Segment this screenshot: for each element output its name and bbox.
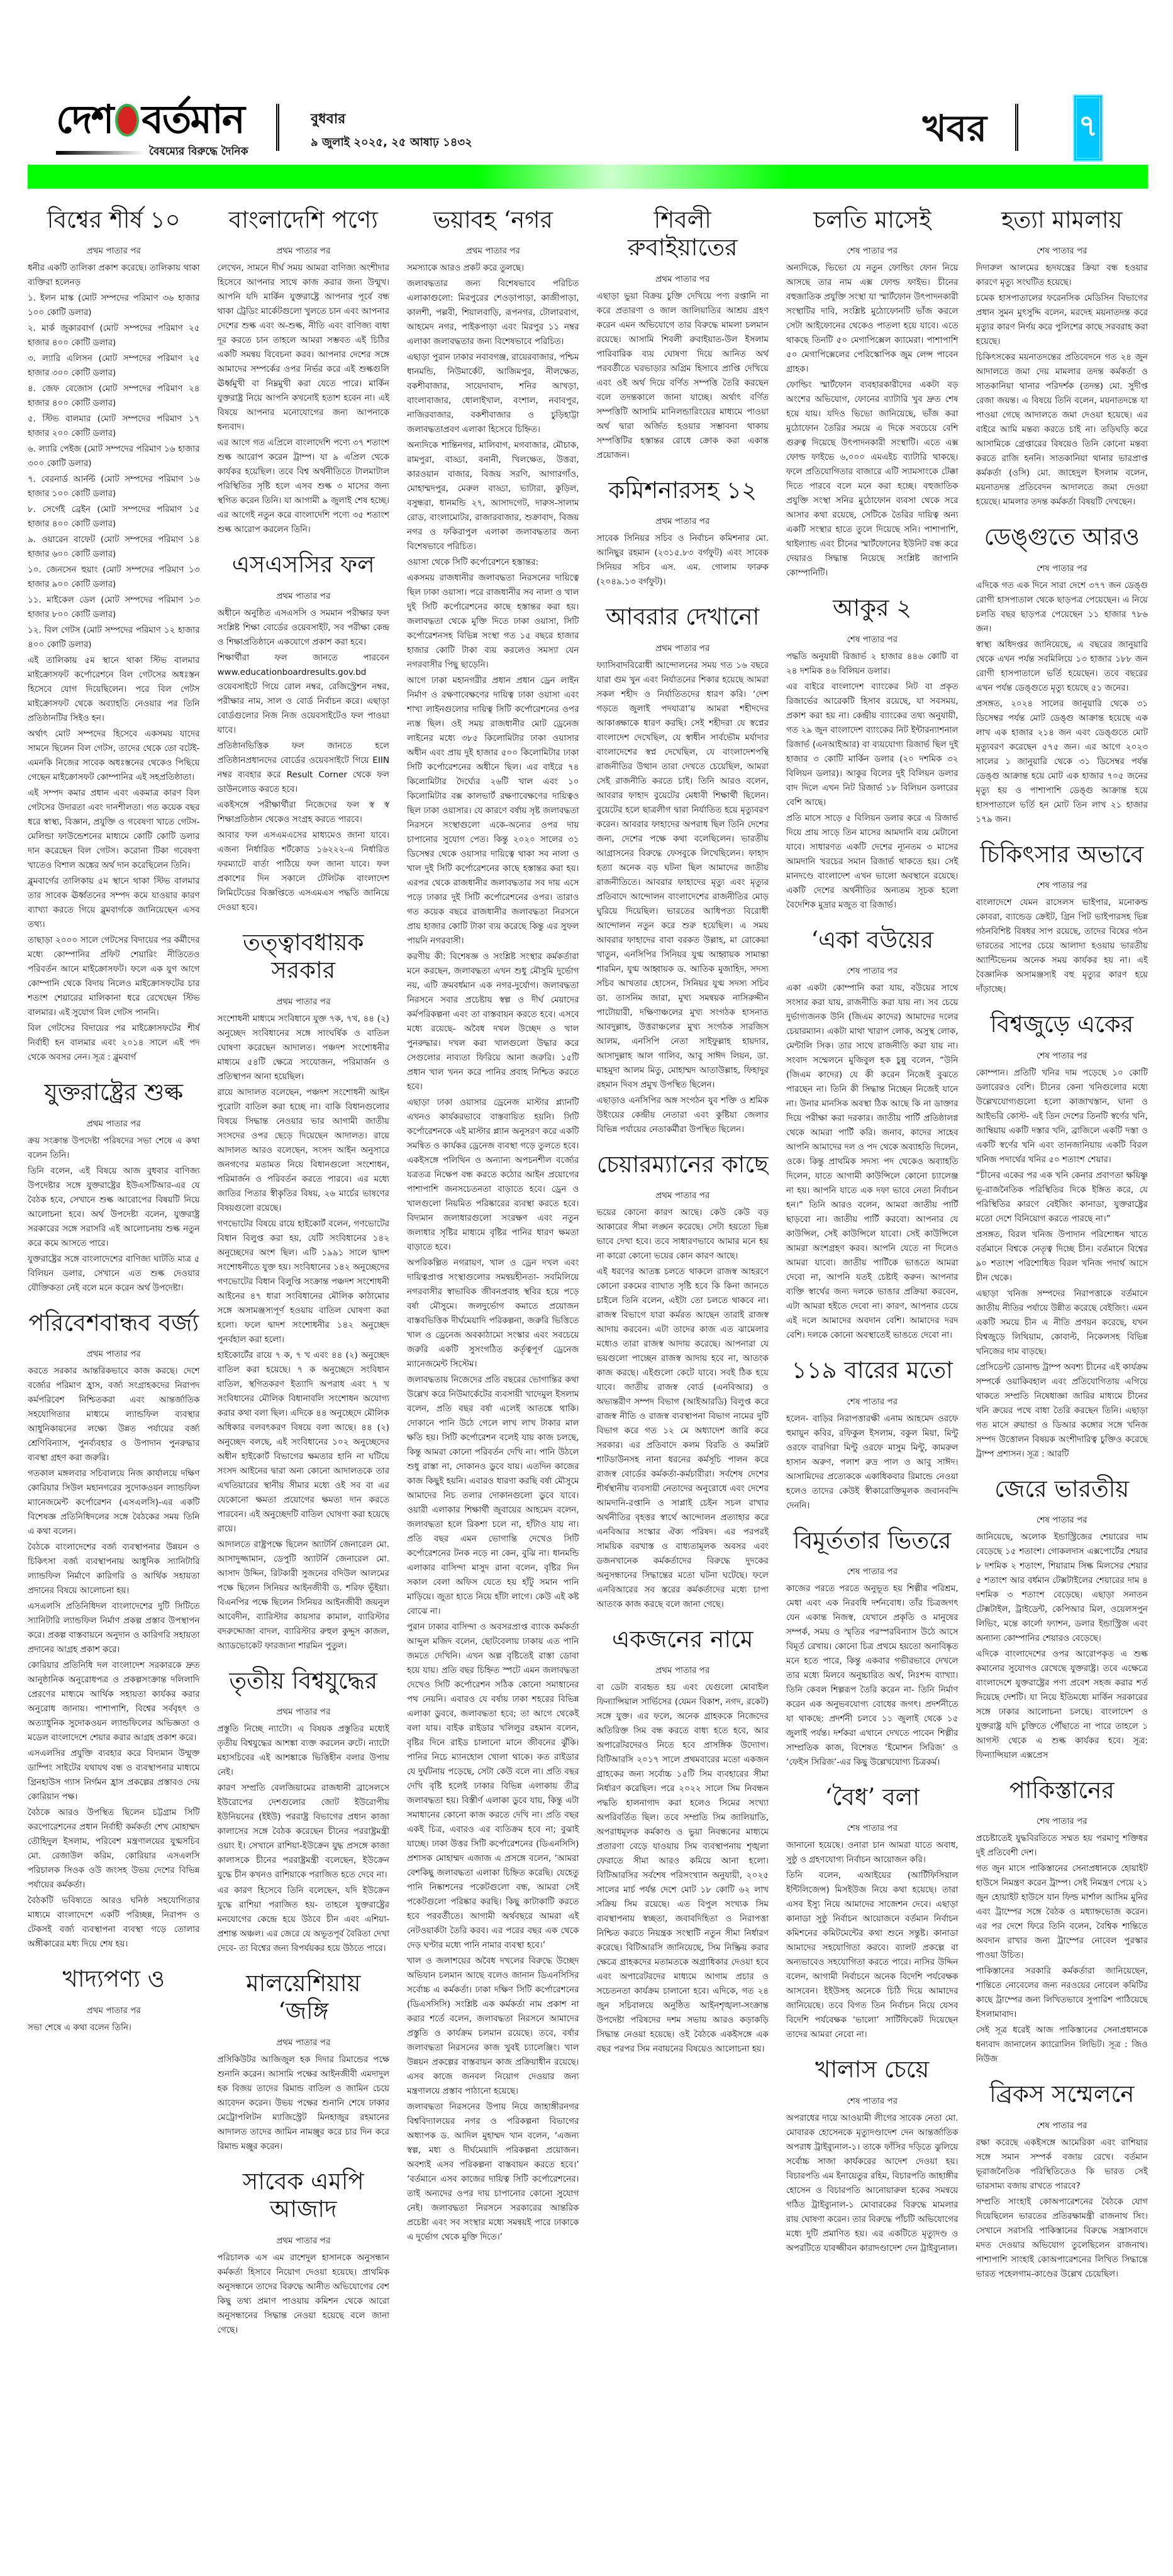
article-paragraph: গণভোটের বিষয়ে রায়ে হাইকোর্ট বলেন, গণভো… (218, 1217, 390, 1347)
news-article[interactable]: আবরার দেখানোপ্রথম পাতার পরফ্যাসিবাদবিরোধ… (597, 603, 769, 1136)
article-paragraph: জলাবদ্ধতায় নিজেদের প্রতি বছরের ভোগান্তি… (407, 1373, 579, 1619)
article-paragraph: প্রসিকিউটর আজিজুল হক দিদার রিমান্ডের পক্… (218, 2053, 390, 2154)
continued-from-label: প্রথম পাতার পর (28, 2004, 200, 2018)
article-body: বা ডেটা ব্যবহৃত হয় এবং যেগুলো মোবাইল ফি… (597, 1680, 769, 2057)
article-paragraph: খাল ও জলাশয়ের অবৈধ দখলের বিরুদ্ধে উচ্ছে… (407, 1954, 579, 2099)
article-paragraph: এছাড়াও এনসিপির অঙ্গ সংগঠন যুব শক্তি ও শ… (597, 1094, 769, 1137)
news-article[interactable]: ‘বৈধ’ বলাশেষ পাতার পরজানানো হয়েছে। ওনার… (786, 1784, 959, 2042)
article-paragraph: রায়ে আদালত বলেছেন, পঞ্চদশ সংশোধনী আইন প… (218, 1085, 390, 1216)
continued-from-label: প্রথম পাতার পর (28, 244, 200, 258)
article-paragraph: জলাবদ্ধতার জন্য বিশেষভাবে পরিচিত এলাকাগু… (407, 277, 579, 349)
news-article[interactable]: ভয়াবহ ‘নগরপ্রথম পাতার পরসমস্যাকে আরও প্… (407, 206, 579, 2245)
article-paragraph: জানিয়েছে, অলোক ইন্ডাস্ট্রিজের শেয়ারের … (976, 1530, 1148, 1646)
continued-from-label: প্রথম পাতার পর (597, 514, 769, 529)
news-article[interactable]: বিশ্বের শীর্ষ ১০প্রথম পাতার পরধনীর একটি … (28, 206, 200, 1065)
news-article[interactable]: চেয়ারম্যানের কাছেপ্রথম পাতার পরভয়ের কো… (597, 1151, 769, 1612)
article-headline[interactable]: হত্যা মামলায় (976, 206, 1148, 234)
article-paragraph: লেখেন, সামনে দীর্ঘ সময় আমরা বাণিজ্য অংশ… (218, 261, 390, 435)
article-paragraph: করণীয় কী: বিশেষজ্ঞ ও সংশ্লিষ্ট সংস্থার … (407, 950, 579, 1094)
news-article[interactable]: আকুর ২শেষ পাতার পরপদ্ধতি অনুযায়ী রিজার্… (786, 594, 959, 912)
news-article[interactable]: ১১৯ বারের মতোশেষ পাতার পরহলেন- বাড়ির নি… (786, 1357, 959, 1513)
news-article[interactable]: কমিশনারসহ ১২প্রথম পাতার পরসাবেক সিনিয়র … (597, 477, 769, 589)
article-body: হলেন- বাড়ির নিরাপত্তারক্ষী এনাম আহমেদ ও… (786, 1412, 959, 1513)
article-paragraph: ১২. বিল গেটস (মোট সম্পদের পরিমাণ ১২ হাজা… (28, 623, 200, 652)
logo-text-part2: বর্তমান (142, 96, 243, 142)
continued-from-label: শেষ পাতার পর (976, 879, 1148, 893)
continued-from-label: প্রথম পাতার পর (597, 641, 769, 656)
column-3: ভয়াবহ ‘নগরপ্রথম পাতার পরসমস্যাকে আরও প্… (407, 200, 579, 2565)
article-paragraph: অর্থাৎ মোট সম্পদের হিসেবে একসময় যাদের স… (28, 727, 200, 785)
article-paragraph: এসএলসি প্রতিনিধিদল বাংলাদেশের দুটি সিটিত… (28, 1599, 200, 1657)
logo-tagline: বৈষম্যের বিরুদ্ধে দৈনিক (149, 143, 248, 161)
article-paragraph: এর আগে গত এপ্রিলে বাংলাদেশি পণ্যে ৩৭ শতা… (218, 436, 390, 537)
article-paragraph: তিনি বলেন, এই বিষয়ে আজ বুধবার বাণিজ্য উ… (28, 1164, 200, 1251)
article-paragraph: কোরিয়ার প্রতিনিধি দল বাংলাদেশ সরকারকে দ… (28, 1658, 200, 1745)
article-headline[interactable]: ‘একা বউয়ের (786, 926, 959, 954)
article-body: অধীনে অনুষ্ঠিত এসএসসি ও সমমান পরীক্ষার ফ… (218, 606, 390, 915)
article-paragraph: বিল গেটসের বিদায়ের পর মাইক্রোসফটের শীর্… (28, 1021, 200, 1065)
article-paragraph: স্বাস্থ্য অধিদপ্তর জানিয়েছে, এ বছরের জা… (976, 638, 1148, 696)
article-headline[interactable]: ১১৯ বারের মতো (786, 1357, 959, 1384)
article-paragraph: প্রেসিডেন্ট ডোনাল্ড ট্রাম্প অবশ্য চীনের … (976, 1360, 1148, 1462)
continued-from-label: প্রথম পাতার পর (218, 244, 390, 258)
article-body: সাবেক সিনিয়র সচিব ও নির্বাচন কমিশনার মো… (597, 531, 769, 589)
continued-from-label: প্রথম পাতার পর (28, 1117, 200, 1131)
article-paragraph: ৫. স্টিভ বালমার (মোট সম্পদের পরিমাণ ১৭ হ… (28, 412, 200, 441)
article-headline[interactable]: শিবলী রুবাইয়াতের (597, 206, 769, 262)
continued-from-label: শেষ পাতার পর (786, 1565, 959, 1579)
logo-text-part1: দেশ (56, 96, 113, 142)
continued-from-label: শেষ পাতার পর (786, 2094, 959, 2109)
news-article[interactable]: খালাস চেয়েশেষ পাতার পরঅপরাধের দায়ে আওয… (786, 2056, 959, 2255)
news-article[interactable]: একজনের নামেপ্রথম পাতার পরবা ডেটা ব্যবহৃত… (597, 1626, 769, 2057)
article-paragraph: এছাড়া ভুয়া বিক্রয় চুক্তি দেখিয়ে পণ্য… (597, 289, 769, 463)
article-paragraph: প্রতি মাসে সাড়ে ৫ বিলিয়ন ডলার করে এ রি… (786, 811, 959, 913)
article-paragraph: গতকাল মঙ্গলবার সচিবালয়ে নিজ কার্যালয়ে … (28, 1467, 200, 1539)
green-header-band (28, 165, 1148, 189)
article-paragraph: পদ্ধতি অনুযায়ী রিজার্ভ ২ হাজার ৪৪৬ কোটি… (786, 650, 959, 679)
news-article[interactable]: চিকিৎসার অভাবেশেষ পাতার পরবাংলাদেশে যেমন… (976, 841, 1148, 997)
article-body: দিদারুল আলমের হৃদযন্ত্রের ক্রিয়া বন্ধ হ… (976, 261, 1148, 509)
column-1: বিশ্বের শীর্ষ ১০প্রথম পাতার পরধনীর একটি … (28, 200, 200, 2565)
continued-from-label: প্রথম পাতার পর (597, 1663, 769, 1678)
news-article[interactable]: বিমূর্ততার ভিতরেশেষ পাতার পরকাজের পরতে প… (786, 1527, 959, 1770)
article-headline[interactable]: মালয়েশিয়ায় ‘জঙ্গি (218, 1970, 390, 2026)
article-paragraph: যুক্তরাষ্ট্রের সঙ্গে বাংলাদেশের বাণিজ্য … (28, 1252, 200, 1296)
article-paragraph: হাইকোর্টের রায়ে ৭ ক, ৭ খ এবং ৪৪ (২) অনু… (218, 1348, 390, 1536)
article-headline[interactable]: পরিবেশবান্ধব বর্জ্য (28, 1309, 200, 1337)
article-body: কোম্পান। প্রতিটি খনির দাম পড়েছে ১০ কোটি… (976, 1066, 1148, 1462)
continued-from-label: প্রথম পাতার পর (597, 272, 769, 287)
column-5: চলতি মাসেইশেষ পাতার পরঅন্যদিকে, ভিভো যে … (786, 200, 959, 2565)
article-paragraph: সভা শেষে এ কথা বলেন তিনি। (28, 2021, 200, 2035)
column-4: শিবলী রুবাইয়াতেরপ্রথম পাতার পরএছাড়া ভু… (597, 200, 769, 2565)
article-paragraph: শিক্ষার্থীরা ফল জানতে পারবেন www.educati… (218, 651, 390, 738)
news-article[interactable]: ব্রিকস সম্মেলনেশেষ পাতার পররক্ষা করেছে এ… (976, 2080, 1148, 2281)
article-paragraph: একইসঙ্গে পরীক্ষার্থীরা নিজেদের ফল স্ব স্… (218, 798, 390, 827)
article-paragraph: জানানো হয়েছে। ওনারা চান আমরা যাতে অবাধ,… (786, 1838, 959, 1867)
article-paragraph: পুরান ঢাকার বাসিন্দা ও অবসরপ্রাপ্ত ব্যাং… (407, 1620, 579, 1953)
article-body: সভা শেষে এ কথা বলেন তিনি। (28, 2021, 200, 2035)
logo-underline-decoration (56, 151, 144, 155)
article-paragraph: ফোল্ডিং স্মার্টফোন ব্যবহারকারীদের একটা ব… (786, 378, 959, 580)
article-body: কাজের পরতে পরতে অনুভূত হয় শিল্পীর পরিশ্… (786, 1582, 959, 1770)
article-headline[interactable]: খালাস চেয়ে (786, 2056, 959, 2084)
article-paragraph: ব্লুমবার্গের তালিকায় ৫ম স্থানে থাকা স্ট… (28, 874, 200, 932)
article-paragraph: ওয়াসা থেকে সিটি কর্পোরেশনে হস্তান্তর: (407, 555, 579, 570)
column-6: হত্যা মামলায়শেষ পাতার পরদিদারুল আলমের হ… (976, 200, 1148, 2565)
continued-from-label: শেষ পাতার পর (976, 1049, 1148, 1063)
article-body: অপরাধের দায়ে আওয়ামী লীগের সাবেক নেতা ম… (786, 2111, 959, 2256)
section-divider (1015, 104, 1018, 151)
article-paragraph: রক্ষা করেছে একইসঙ্গে আমেরিকা এবং রাশিয়া… (976, 2136, 1148, 2194)
article-body: সংশোধনী মাধ্যমে সংবিধানে যুক্ত ৭ক, ৭খ, ৪… (218, 1012, 390, 1653)
article-paragraph: ১. ইলন মাস্ক (মোট সম্পদের পরিমাণ ৩৬ হাজা… (28, 291, 200, 320)
news-article[interactable]: তৃতীয় বিশ্বযুদ্ধেরপ্রথম পাতার পরপ্রস্তু… (218, 1667, 390, 1956)
article-paragraph: এর কারণ হিসেবে তিনি বলেছেন, যদি ইউক্রেন … (218, 1884, 390, 1956)
article-paragraph: আবার ফল এসএমএসের মাধ্যমেও জানা যাবে। এজন… (218, 828, 390, 915)
continued-from-label: শেষ পাতার পর (786, 244, 959, 258)
article-body: বাংলাদেশে যেমন রাসেলস ভাইপার, মনোকল্ড কো… (976, 896, 1148, 997)
article-paragraph: ৯. ওয়ারেন বাফেট (মোট সম্পদের পরিমাণ ১৪ … (28, 533, 200, 562)
article-body: করতে সরকার আন্তরিকভাবে কাজ করছে। দেশে বর… (28, 1364, 200, 1951)
news-article[interactable]: খাদ্যপণ্য ওপ্রথম পাতার পরসভা শেষে এ কথা … (28, 1965, 200, 2035)
article-paragraph: দিদারুল আলমের হৃদযন্ত্রের ক্রিয়া বন্ধ হ… (976, 261, 1148, 290)
article-paragraph: অন্যদিকে শান্তিনগর, মালিবাগ, মগবাজার, মৌ… (407, 438, 579, 554)
article-headline[interactable]: এসএসসির ফল (218, 551, 390, 579)
section-title: খবর (923, 101, 987, 162)
article-body: প্রস্তুতি নিচ্ছে ন্যাটো। এ বিষয়ক প্রস্ত… (218, 1722, 390, 1956)
article-paragraph: এছাড়া ঢাকা ওয়াসার ড্রেনেজ মাস্টার প্ল্… (407, 1096, 579, 1255)
article-body: এছাড়া ভুয়া বিক্রয় চুক্তি দেখিয়ে পণ্য… (597, 289, 769, 463)
continued-from-label: শেষ পাতার পর (786, 1821, 959, 1836)
article-paragraph: অপরাধের দায়ে আওয়ামী লীগের সাবেক নেতা ম… (786, 2111, 959, 2256)
article-paragraph: সংশোধনী মাধ্যমে সংবিধানে যুক্ত ৭ক, ৭খ, ৪… (218, 1012, 390, 1084)
news-article[interactable]: সাবেক এমপি আজাদপ্রথম পাতার পরপরিচালক এস … (218, 2168, 390, 2338)
article-headline[interactable]: বিশ্বের শীর্ষ ১০ (28, 206, 200, 234)
article-paragraph: চমেক হাসপাতালের ফরেনসিক মেডিসিন বিভাগের … (976, 291, 1148, 349)
article-body: সমস্যাকে আরও প্রকট করে তুলছে।জলাবদ্ধতার … (407, 261, 579, 2245)
bangladesh-map-emblem-icon (115, 104, 139, 136)
article-headline[interactable]: পাকিস্তানের (976, 1777, 1148, 1804)
news-article[interactable]: যুক্তরাষ্ট্রের শুল্কপ্রথম পাতার পরক্রয় … (28, 1079, 200, 1295)
article-headline[interactable]: যুক্তরাষ্ট্রের শুল্ক (28, 1079, 200, 1106)
news-article[interactable]: এসএসসির ফলপ্রথম পাতার পরঅধীনে অনুষ্ঠিত এ… (218, 551, 390, 914)
continued-from-label: প্রথম পাতার পর (28, 1347, 200, 1362)
news-article[interactable]: পরিবেশবান্ধব বর্জ্যপ্রথম পাতার পরকরতে সর… (28, 1309, 200, 1951)
article-paragraph: এসএলসির প্রযুক্তি ব্যবহার করে বিদ্যমান উ… (28, 1746, 200, 1804)
article-paragraph: বাংলাদেশে যেমন রাসেলস ভাইপার, মনোকল্ড কো… (976, 896, 1148, 997)
article-body: এদিকে গত এক দিনে সারা দেশে ৩৭৭ জন ডেঙ্গু… (976, 579, 1148, 827)
article-headline[interactable]: ‘বৈধ’ বলা (786, 1784, 959, 1811)
continued-from-label: প্রথম পাতার পর (218, 995, 390, 1009)
article-headline[interactable]: তত্ত্বাবধায়ক সরকার (218, 929, 390, 985)
news-article[interactable]: পাকিস্তানেরশেষ পাতার পরপ্রচেষ্টাতেই যুদ্… (976, 1777, 1148, 2067)
article-body: জানিয়েছে, অলোক ইন্ডাস্ট্রিজের শেয়ারের … (976, 1530, 1148, 1763)
article-paragraph: ৬. ল্যারি পেইজ (মোট সম্পদের পরিমাণ ১৬ হা… (28, 442, 200, 471)
article-body: প্রচেষ্টাতেই যুদ্ধবিরতিতে সম্মত হয় পরমা… (976, 1831, 1148, 2067)
column-2: বাংলাদেশি পণ্যেপ্রথম পাতার পরলেখেন, সামন… (218, 200, 390, 2565)
article-paragraph: ৮. সের্গেই ব্রেইন (মোট সম্পদের পরিমাণ ১৫… (28, 502, 200, 531)
article-headline[interactable]: চেয়ারম্যানের কাছে (597, 1151, 769, 1179)
page-number-badge: ৭ (1073, 94, 1103, 162)
article-paragraph: অপরিকল্পিত নগরায়ণ, খাল ও ড্রেন দখল এবং … (407, 1256, 579, 1372)
article-body: লেখেন, সামনে দীর্ঘ সময় আমরা বাণিজ্য অংশ… (218, 261, 390, 537)
article-headline[interactable]: আবরার দেখানো (597, 603, 769, 631)
article-headline[interactable]: সাবেক এমপি আজাদ (218, 2168, 390, 2224)
article-body: ক্রয় সংক্রান্ত উপদেষ্টা পরিষদের সভা শেষ… (28, 1134, 200, 1296)
article-body: রক্ষা করেছে একইসঙ্গে আমেরিকা এবং রাশিয়া… (976, 2136, 1148, 2282)
article-paragraph: চিকিৎসকের ময়নাতদন্তের প্রতিবেদনে গত ২৪ … (976, 350, 1148, 509)
news-article[interactable]: বিশ্বজুড়ে একেরশেষ পাতার পরকোম্পান। প্রত… (976, 1011, 1148, 1461)
news-article[interactable]: হত্যা মামলায়শেষ পাতার পরদিদারুল আলমের হ… (976, 206, 1148, 509)
article-body: পরিচালক এস এম রাশেদুল হাসানকে অনুসন্ধান … (218, 2251, 390, 2338)
news-article[interactable]: বাংলাদেশি পণ্যেপ্রথম পাতার পরলেখেন, সামন… (218, 206, 390, 537)
continued-from-label: প্রথম পাতার পর (407, 244, 579, 258)
continued-from-label: প্রথম পাতার পর (597, 1189, 769, 1203)
newspaper-logo[interactable]: দেশবর্তমান বৈষম্যের বিরুদ্ধে দৈনিক (56, 94, 270, 164)
article-paragraph: ৭. বেরনার্ড আর্নল্ট (মোট সম্পদের পরিমাণ … (28, 472, 200, 501)
masthead-divider (276, 104, 279, 151)
news-article[interactable]: ডেঙ্গুতে আরওশেষ পাতার পরএদিকে গত এক দিনে… (976, 523, 1148, 826)
continued-from-label: প্রথম পাতার পর (218, 589, 390, 604)
article-paragraph: অধীনে অনুষ্ঠিত এসএসসি ও সমমান পরীক্ষার ফ… (218, 606, 390, 650)
article-body: জানানো হয়েছে। ওনারা চান আমরা যাতে অবাধ,… (786, 1838, 959, 2042)
continued-from-label: শেষ পাতার পর (786, 964, 959, 979)
continued-from-label: শেষ পাতার পর (976, 1513, 1148, 1528)
article-body: ভয়ের কোনো কারণ আছে। কেউ কেউ বড় আকারের … (597, 1206, 769, 1612)
article-paragraph: এছাড়া খনিজ সম্পদের নিরাপত্তাকে বর্তমানে… (976, 1287, 1148, 1359)
article-paragraph: সম্প্রতি সাংহাই কোঅপারেশনের বৈঠকে যোগ দি… (976, 2195, 1148, 2282)
article-paragraph: আদালতে রাষ্ট্রপক্ষে ছিলেন অ্যাটর্নি জেনা… (218, 1538, 390, 1653)
article-headline[interactable]: জেরে ভারতীয় (976, 1475, 1148, 1503)
article-paragraph: করতে সরকার আন্তরিকভাবে কাজ করছে। দেশে বর… (28, 1364, 200, 1465)
article-headline[interactable]: তৃতীয় বিশ্বযুদ্ধের (218, 1667, 390, 1695)
article-paragraph: এই তালিকায় ৫ম স্থানে থাকা স্টিভ বালমার … (28, 653, 200, 726)
article-headline[interactable]: চলতি মাসেই (786, 206, 959, 234)
article-paragraph: প্রতিষ্ঠানভিত্তিক ফল জানতে হলে প্রতিষ্ঠা… (218, 739, 390, 797)
article-body: একা একটা কোম্পানি করা যায়, বউয়ের সাথে … (786, 981, 959, 1343)
article-paragraph: পরিচালক এস এম রাশেদুল হাসানকে অনুসন্ধান … (218, 2251, 390, 2338)
news-article[interactable]: মালয়েশিয়ায় ‘জঙ্গিপ্রথম পাতার পরপ্রসিক… (218, 1970, 390, 2154)
issue-date: ৯ জুলাই ২০২৫, ২৫ আষাঢ় ১৪৩২ (311, 133, 472, 153)
article-paragraph: বৈঠকে আরও উপস্থিত ছিলেন চট্টগ্রাম সিটি ক… (28, 1806, 200, 1892)
article-paragraph: ৩. ল্যারি এলিসন (মোট সম্পদের পরিমাণ ২৫ হ… (28, 352, 200, 380)
article-paragraph: বৈঠকটি ভবিষ্যতে আরও ঘনিষ্ঠ সহযোগিতার মাধ… (28, 1894, 200, 1951)
continued-from-label: শেষ পাতার পর (786, 1395, 959, 1409)
article-paragraph: তিনি বলেন, এআইয়ের (আর্টিফিসিয়াল ইন্টিল… (786, 1868, 959, 2042)
continued-from-label: শেষ পাতার পর (976, 2119, 1148, 2133)
article-paragraph: প্রসঙ্গত, ২০২৪ সালের জানুয়ারি থেকে ৩১ ড… (976, 697, 1148, 827)
article-paragraph: হলেন- বাড়ির নিরাপত্তারক্ষী এনাম আহমেদ ও… (786, 1412, 959, 1513)
article-paragraph: ১০. জেনসেন হুয়াং (মোট সম্পদের পরিমাণ ১৩… (28, 563, 200, 592)
article-headline[interactable]: চিকিৎসার অভাবে (976, 841, 1148, 869)
article-paragraph: ১১. মাইকেল ডেল (মোট সম্পদের পরিমাণ ১৩ হা… (28, 593, 200, 622)
article-body: ধনীর একটি তালিকা প্রকাশ করেছে। তালিকায় … (28, 261, 200, 1065)
article-paragraph: এই ধরণের আতঙ্ক চলতে থাকলে রাজস্ব আহরণে ক… (597, 1265, 769, 1612)
article-paragraph: সমস্যাকে আরও প্রকট করে তুলছে। (407, 261, 579, 275)
article-headline[interactable]: ভয়াবহ ‘নগর (407, 206, 579, 234)
article-paragraph: একা একটা কোম্পানি করা যায়, বউয়ের সাথে … (786, 981, 959, 1343)
article-body: অন্যদিকে, ভিভো যে নতুন ফোল্ডিং ফোন নিয়ে… (786, 261, 959, 580)
article-headline[interactable]: আকুর ২ (786, 594, 959, 622)
article-paragraph: এর বাইরে বাংলাদেশ ব্যাংকের নিট বা প্রকৃত… (786, 680, 959, 810)
article-paragraph: বৈঠকে বাংলাদেশের বর্জ্য ব্যবস্থাপনার উন্… (28, 1540, 200, 1598)
article-paragraph: তাছাড়া ২০০০ সালে গেটসের বিদায়ের পর কর্… (28, 933, 200, 1020)
continued-from-label: শেষ পাতার পর (976, 562, 1148, 576)
article-headline[interactable]: বিমূর্ততার ভিতরে (786, 1527, 959, 1555)
article-headline[interactable]: ব্রিকস সম্মেলনে (976, 2080, 1148, 2108)
article-paragraph: ৪. জেফ বেজোস (মোট সম্পদের পরিমাণ ২৪ হাজা… (28, 382, 200, 411)
continued-from-label: শেষ পাতার পর (976, 1814, 1148, 1829)
article-headline[interactable]: একজনের নামে (597, 1626, 769, 1653)
article-headline[interactable]: কমিশনারসহ ১২ (597, 477, 769, 504)
news-article[interactable]: শিবলী রুবাইয়াতেরপ্রথম পাতার পরএছাড়া ভু… (597, 206, 769, 463)
article-paragraph: প্রস্তুতি নিচ্ছে ন্যাটো। এ বিষয়ক প্রস্ত… (218, 1722, 390, 1780)
article-paragraph: একসময় রাজধানীর জলাবদ্ধতা নিরসনের দায়িত… (407, 571, 579, 672)
article-paragraph: ফ্যাসিবাদবিরোধী আন্দোলনের সময় গত ১৬ বছর… (597, 658, 769, 1092)
article-body: প্রসিকিউটর আজিজুল হক দিদার রিমান্ডের পক্… (218, 2053, 390, 2154)
article-paragraph: জলাবদ্ধতা নিরসনের উপায় নিয়ে জাহাঙ্গীরন… (407, 2100, 579, 2245)
article-paragraph: সাবেক সিনিয়র সচিব ও নির্বাচন কমিশনার মো… (597, 531, 769, 589)
article-headline[interactable]: বাংলাদেশি পণ্যে (218, 206, 390, 234)
news-article[interactable]: জেরে ভারতীয়শেষ পাতার পরজানিয়েছে, অলোক … (976, 1475, 1148, 1763)
article-paragraph: এছাড়া পুরান ঢাকার নবাবগঞ্জ, রায়েরবাজার… (407, 350, 579, 437)
article-paragraph: গত জুন মাসে পাকিস্তানের সেনাপ্রধানকে হোয… (976, 1862, 1148, 1963)
article-paragraph: ২. মার্ক জুকারবার্গ (মোট সম্পদের পরিমাণ … (28, 321, 200, 350)
issue-day: বুধবার (311, 108, 345, 131)
article-paragraph: অন্যদিকে, ভিভো যে নতুন ফোল্ডিং ফোন নিয়ে… (786, 261, 959, 377)
masthead: দেশবর্তমান বৈষম্যের বিরুদ্ধে দৈনিক বুধবা… (50, 94, 1113, 164)
continued-from-label: প্রথম পাতার পর (218, 1705, 390, 1719)
article-paragraph: প্রসঙ্গত, বিরল খনিজ উপাদান পরিশোধন খাতে … (976, 1228, 1148, 1285)
news-columns: বিশ্বের শীর্ষ ১০প্রথম পাতার পরধনীর একটি … (28, 200, 1148, 2565)
continued-from-label: শেষ পাতার পর (976, 244, 1148, 258)
article-paragraph: সেই সূত্র ধরেই আজ পাকিস্তানের সেনাপ্রধান… (976, 2023, 1148, 2067)
article-paragraph: ক্রয় সংক্রান্ত উপদেষ্টা পরিষদের সভা শেষ… (28, 1134, 200, 1163)
article-paragraph: ধনীর একটি তালিকা প্রকাশ করেছে। তালিকায় … (28, 261, 200, 290)
article-paragraph: কাজের পরতে পরতে অনুভূত হয় শিল্পীর পরিশ্… (786, 1582, 959, 1770)
article-paragraph: এদিকে বাংলাদেশের ওপর আরোপকৃত এ শুল্ক কমা… (976, 1647, 1148, 1763)
article-paragraph: এদিকে গত এক দিনে সারা দেশে ৩৭৭ জন ডেঙ্গু… (976, 579, 1148, 636)
article-paragraph: বা ডেটা ব্যবহৃত হয় এবং যেগুলো মোবাইল ফি… (597, 1680, 769, 2057)
article-body: ফ্যাসিবাদবিরোধী আন্দোলনের সময় গত ১৬ বছর… (597, 658, 769, 1137)
continued-from-label: প্রথম পাতার পর (218, 2234, 390, 2248)
article-paragraph: কোম্পান। প্রতিটি খনির দাম পড়েছে ১০ কোটি… (976, 1066, 1148, 1167)
continued-from-label: শেষ পাতার পর (786, 633, 959, 647)
article-headline[interactable]: খাদ্যপণ্য ও (28, 1965, 200, 1993)
article-headline[interactable]: বিশ্বজুড়ে একের (976, 1011, 1148, 1038)
article-paragraph: ভয়ের কোনো কারণ আছে। কেউ কেউ বড় আকারের … (597, 1206, 769, 1263)
article-paragraph: এই সম্পদ কমার প্রধান এবং একমাত্র কারণ বি… (28, 786, 200, 873)
article-paragraph: কারণ সম্প্রতি বেলজিয়ামের রাজধানী ব্রাসে… (218, 1781, 390, 1882)
article-paragraph: প্রচেষ্টাতেই যুদ্ধবিরতিতে সম্মত হয় পরমা… (976, 1831, 1148, 1860)
news-article[interactable]: চলতি মাসেইশেষ পাতার পরঅন্যদিকে, ভিভো যে … (786, 206, 959, 580)
article-paragraph: পাকিস্তানের সরকারি কর্মকর্তারা জানিয়েছে… (976, 1964, 1148, 2022)
news-article[interactable]: ‘একা বউয়েরশেষ পাতার পরএকা একটা কোম্পানি… (786, 926, 959, 1343)
news-article[interactable]: তত্ত্বাবধায়ক সরকারপ্রথম পাতার পরসংশোধনী… (218, 929, 390, 1653)
article-body: পদ্ধতি অনুযায়ী রিজার্ভ ২ হাজার ৪৪৬ কোটি… (786, 650, 959, 913)
article-paragraph: “চীনের একের পর এক খনি কেনার প্রবাণতা ক্ষ… (976, 1169, 1148, 1226)
article-paragraph: আগে ঢাকা মহানগরীর প্রধান প্রধান ড্রেন লা… (407, 674, 579, 948)
article-headline[interactable]: ডেঙ্গুতে আরও (976, 523, 1148, 551)
continued-from-label: প্রথম পাতার পর (218, 2036, 390, 2050)
